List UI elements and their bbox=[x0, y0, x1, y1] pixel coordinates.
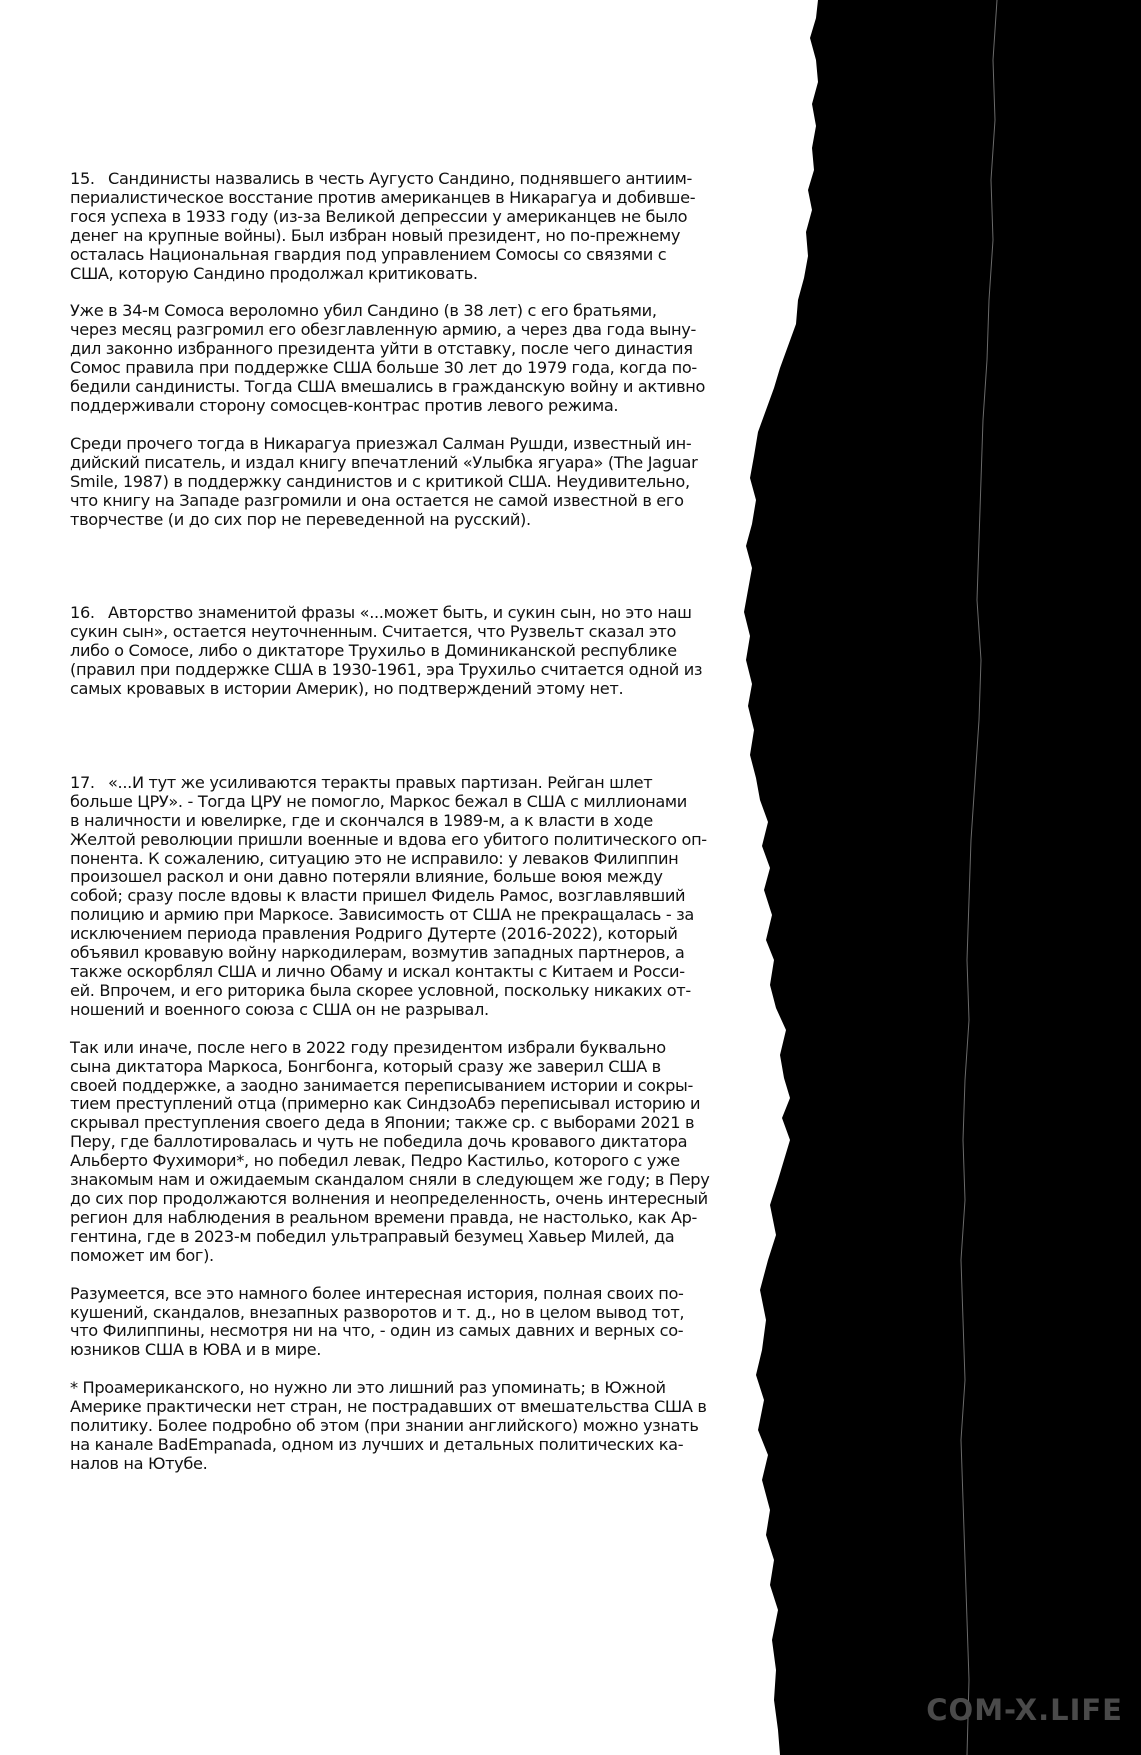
torn-edge-shape bbox=[744, 0, 1141, 1755]
footnote-paragraph: Разумеется, все это намного более интере… bbox=[70, 1285, 730, 1361]
footnote-paragraph: Уже в 34-м Сомоса вероломно убил Сандино… bbox=[70, 302, 730, 415]
footnotes-column: 15.Сандинисты назвались в честь Аугусто … bbox=[70, 170, 730, 1493]
site-watermark: COM-X.LIFE bbox=[926, 1693, 1123, 1727]
asterisk-footnote: * Проамериканского, но нужно ли это лишн… bbox=[70, 1379, 730, 1474]
footnote-paragraph: Сандинисты назвались в честь Аугусто Сан… bbox=[70, 169, 695, 283]
footnote-paragraph: Авторство знаменитой фразы «...может быт… bbox=[70, 603, 702, 698]
footnote-paragraph: Среди прочего тогда в Никарагуа приезжал… bbox=[70, 435, 730, 530]
footnote-number: 17. bbox=[70, 774, 108, 793]
footnote-paragraph: «...И тут же усиливаются теракты правых … bbox=[70, 773, 707, 1019]
footnote-15: 15.Сандинисты назвались в честь Аугусто … bbox=[70, 170, 730, 529]
footnote-number: 16. bbox=[70, 604, 108, 623]
footnote-16: 16.Авторство знаменитой фразы «...может … bbox=[70, 604, 730, 699]
comic-page: 15.Сандинисты назвались в честь Аугусто … bbox=[0, 0, 1141, 1755]
footnote-17: 17.«...И тут же усиливаются теракты прав… bbox=[70, 774, 730, 1474]
footnote-number: 15. bbox=[70, 170, 108, 189]
footnote-paragraph: Так или иначе, после него в 2022 году пр… bbox=[70, 1039, 730, 1266]
